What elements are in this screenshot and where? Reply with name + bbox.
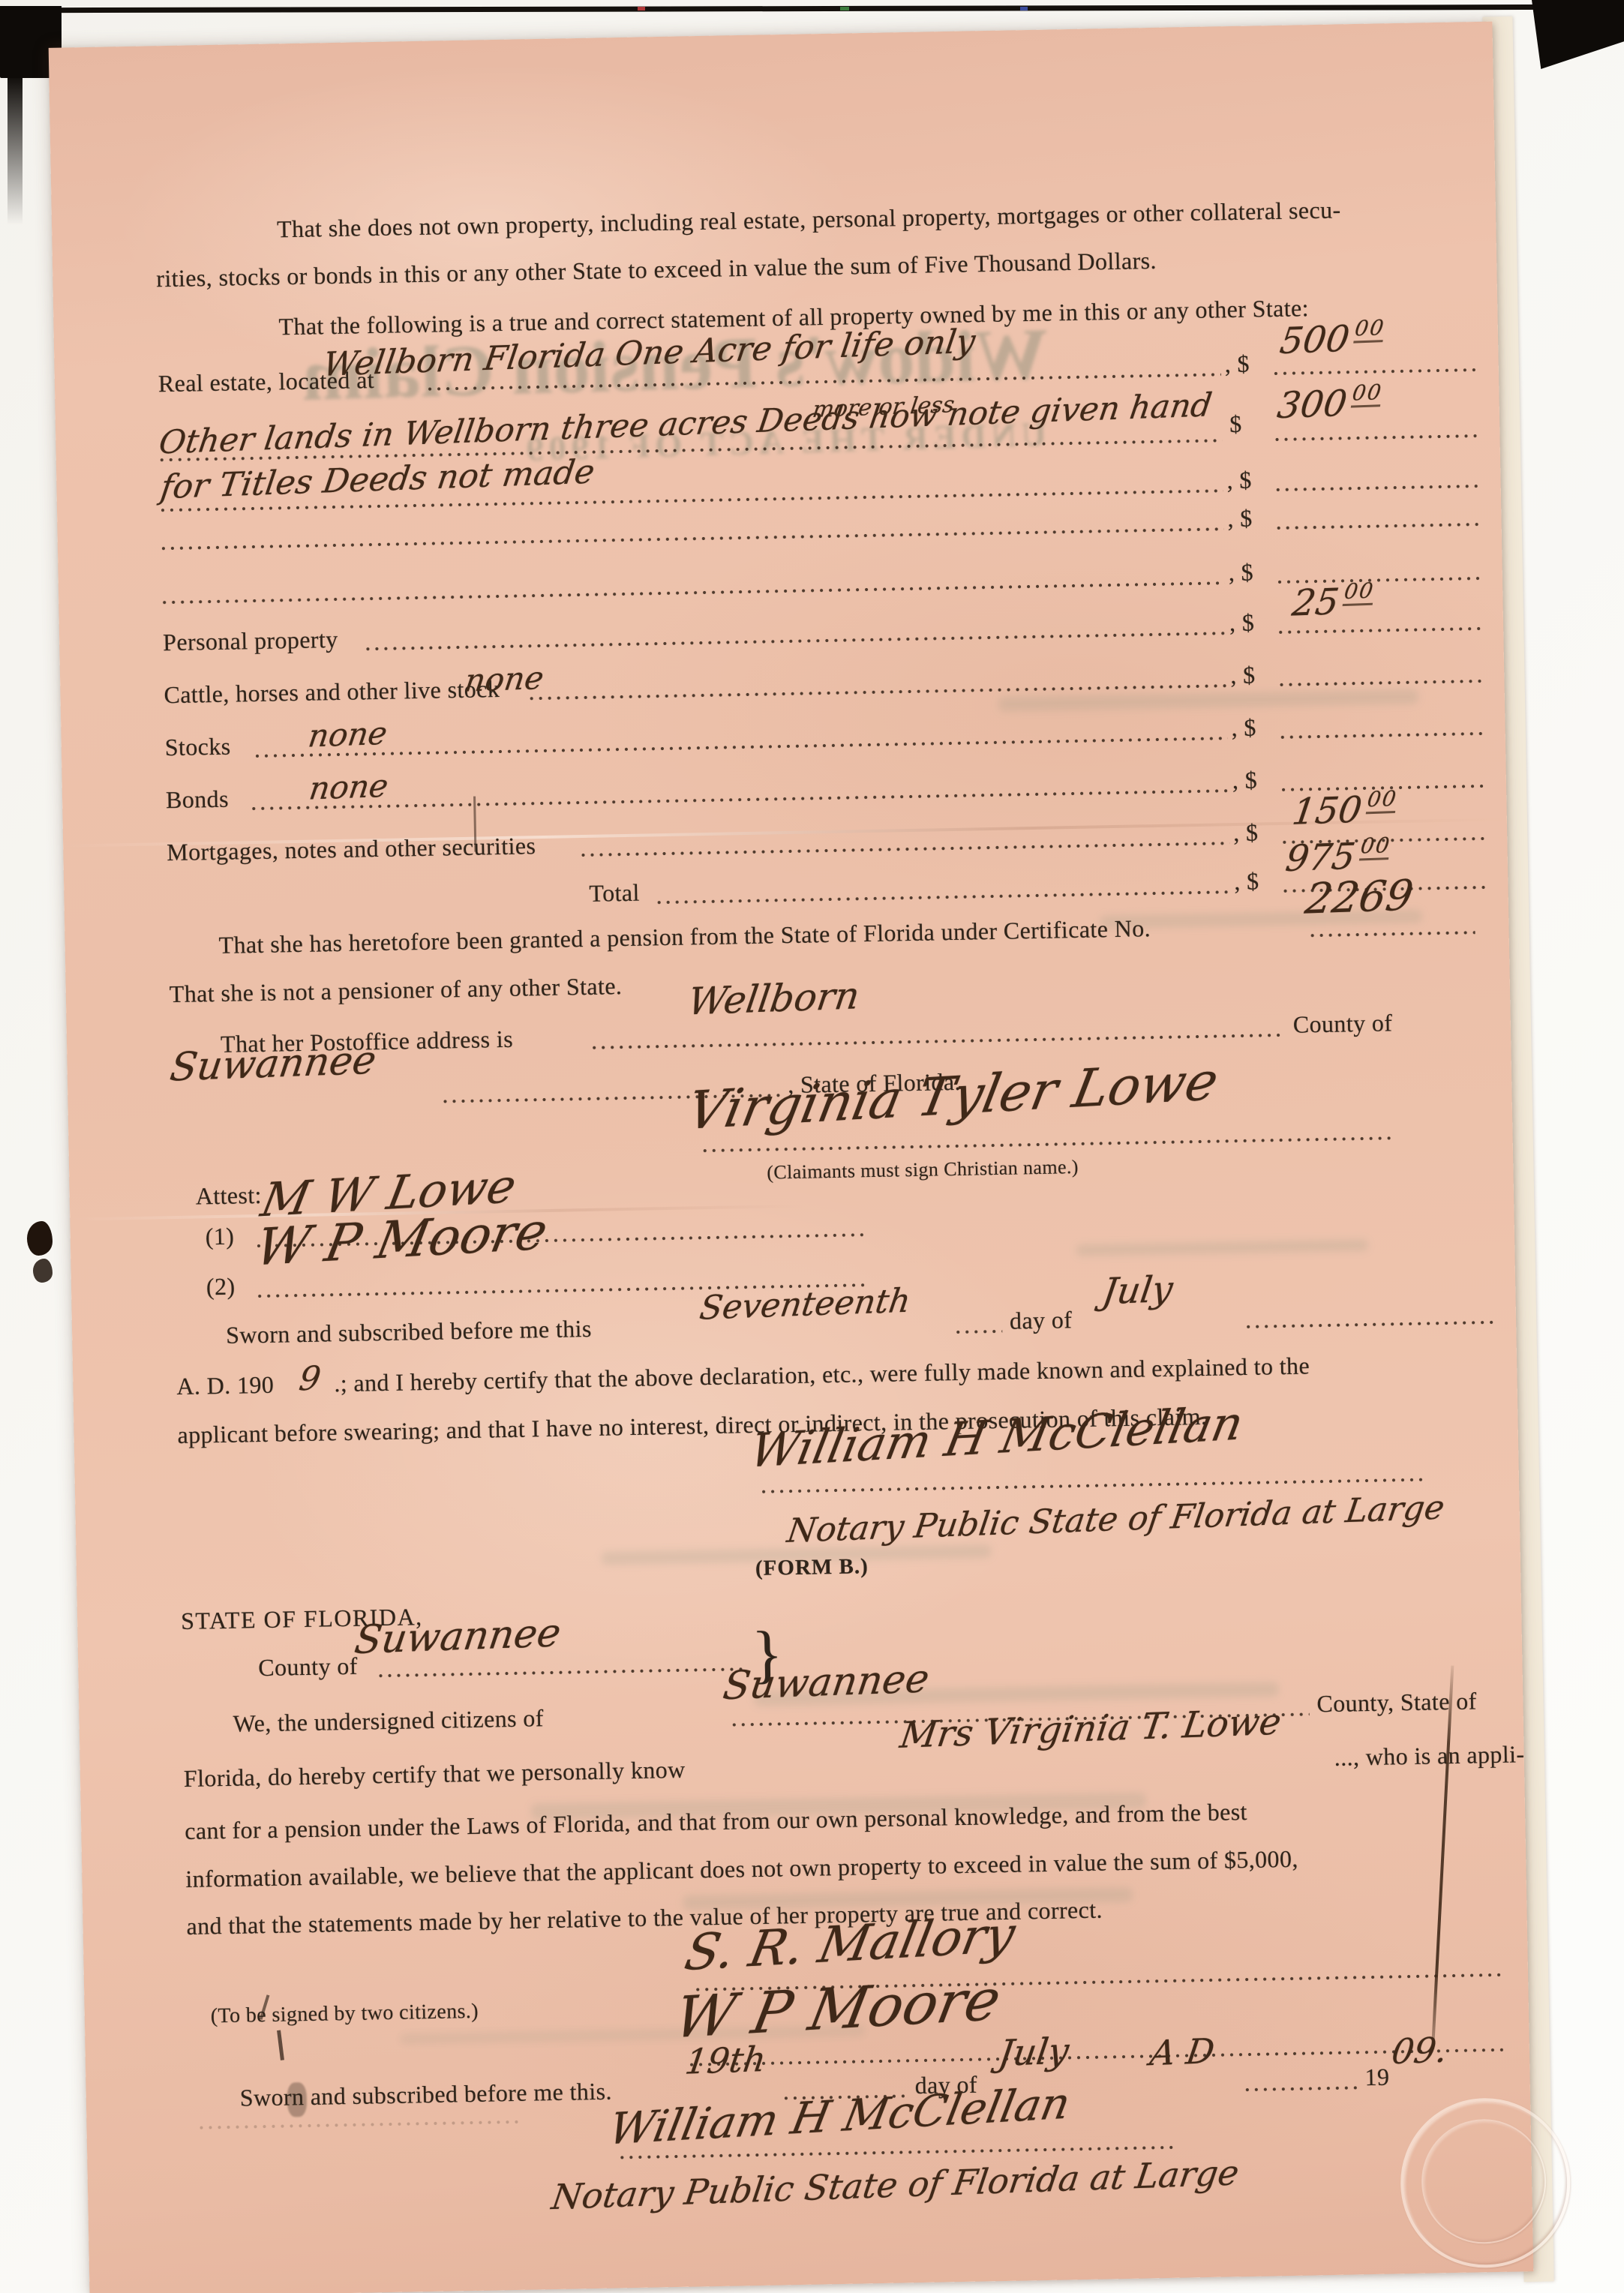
jurat2-year-handwriting: 09. <box>1389 2029 1450 2072</box>
amount-dots <box>1280 731 1483 740</box>
bonds-dollar: , $ <box>1232 767 1257 795</box>
amount-cents: 00 <box>1365 786 1399 815</box>
leader-dots <box>161 526 1224 551</box>
blank-row-dollar: , $ <box>1228 559 1253 587</box>
ghost-text-bar <box>1076 1239 1368 1256</box>
leader-dots <box>1246 1319 1493 1330</box>
leader-dots <box>365 630 1226 652</box>
stocks-label: Stocks <box>164 733 230 762</box>
county-handwriting: Suwannee <box>167 1038 379 1091</box>
row3-dollar: , $ <box>1226 467 1252 495</box>
leader-dots <box>251 788 1229 812</box>
row2-amount-handwriting: 30000 <box>1274 380 1384 427</box>
attest-1-number: (1) <box>205 1223 234 1251</box>
leader-dots <box>378 1666 746 1679</box>
stocks-entry-handwriting: none <box>306 715 389 755</box>
stocks-dollar: , $ <box>1231 714 1256 743</box>
row2-dollar: $ <box>1229 410 1242 438</box>
amount-cents: 00 <box>1343 578 1376 607</box>
jurat2-ad-handwriting: A D <box>1148 2030 1217 2073</box>
bonds-entry-handwriting: none <box>307 767 390 807</box>
postoffice-handwriting: Wellborn <box>686 974 863 1023</box>
leader-dots <box>592 1032 1282 1051</box>
citizens-caption: (To be signed by two citizens.) <box>211 2000 479 2029</box>
leader-dots <box>162 580 1225 605</box>
mortgages-amount-handwriting: 15000 <box>1289 786 1399 833</box>
amount-dots <box>1278 626 1481 635</box>
jurat1-day-handwriting: Seventeenth <box>698 1282 913 1328</box>
mortgages-label: Mortgages, notes and other securities <box>167 832 536 866</box>
statement-line-1: That she does not own property, includin… <box>277 196 1341 243</box>
scanner-corner-black-left-tail <box>8 75 23 225</box>
amount-dots <box>1277 521 1479 531</box>
bonds-label: Bonds <box>166 785 229 815</box>
no-other-state-line: That she is not a pensioner of any other… <box>169 972 622 1008</box>
leader-dots <box>255 735 1228 759</box>
ink-blot <box>27 1221 53 1256</box>
total-dollar: , $ <box>1234 868 1259 896</box>
certificate-dots <box>1310 929 1475 938</box>
notary1-title-handwriting: Notary Public State of Florida at Large <box>785 1488 1447 1550</box>
amount-dots <box>1279 678 1481 688</box>
jurat1-certify-line: .; and I hereby certify that the above d… <box>334 1352 1310 1397</box>
certificate-number-handwriting: 2269 <box>1302 871 1416 923</box>
formb-we-county-handwriting: Suwannee <box>720 1656 932 1709</box>
document-page: Widow's Pension Claim UNDER THE ACT OF 1… <box>49 22 1534 2293</box>
notary2-title-handwriting: Notary Public State of Florida at Large <box>549 2152 1241 2217</box>
formb-county-handwriting: Suwannee <box>352 1610 563 1663</box>
amount-dollars: 500 <box>1277 318 1352 362</box>
total-label: Total <box>589 879 640 908</box>
mortgages-dollar: , $ <box>1233 819 1259 848</box>
jurat1-day-of: day of <box>1010 1306 1073 1335</box>
jurat2-prefix: Sworn and subscribed before me this. <box>239 2078 612 2112</box>
amount-dots <box>1276 483 1478 493</box>
scanner-corner-black-right <box>1532 0 1624 69</box>
leader-dots <box>581 840 1229 858</box>
jurat1-ad-label: A. D. 190 <box>176 1371 274 1400</box>
jurat2-month-handwriting: July <box>996 2030 1072 2075</box>
personal-property-dollar: , $ <box>1229 609 1255 638</box>
county-of-label: County of <box>1292 1009 1392 1038</box>
claimant-signature: Virginia Tyler Lowe <box>683 1050 1223 1142</box>
amount-dollars: 150 <box>1289 789 1364 833</box>
formb-line4: information available, we believe that t… <box>185 1845 1298 1893</box>
signature-dots <box>703 1135 1393 1154</box>
form-b-heading: (FORM B.) <box>755 1554 869 1581</box>
cattle-label: Cattle, horses and other live stock <box>164 675 500 709</box>
scanner-edge-top-line <box>36 5 1624 13</box>
amount-dots <box>1274 433 1477 443</box>
jurat1-month-handwriting: July <box>1100 1268 1175 1313</box>
real-estate-amount-handwriting: 50000 <box>1277 315 1387 362</box>
formb-know-name-handwriting: Mrs Virginia T. Lowe <box>897 1701 1283 1757</box>
pen-stroke <box>1431 1665 1454 2049</box>
jurat2-day-handwriting: 19th <box>683 2039 769 2082</box>
real-estate-dollar: , $ <box>1224 350 1250 379</box>
ghost-text-bar <box>998 689 1418 712</box>
amount-cents: 00 <box>1350 380 1384 408</box>
personal-property-amount-handwriting: 2500 <box>1289 578 1376 625</box>
attest-label: Attest: <box>195 1181 262 1211</box>
ink-blot <box>33 1259 53 1283</box>
formb-county-label: County of <box>258 1652 358 1682</box>
leader-dots <box>657 889 1231 905</box>
personal-property-label: Personal property <box>163 626 338 656</box>
amount-dots <box>1274 367 1476 377</box>
amount-cents: 00 <box>1358 833 1392 861</box>
amount-dollars: 25 <box>1289 581 1341 624</box>
cattle-entry-handwriting: none <box>463 659 546 699</box>
signature-dots <box>761 1477 1425 1495</box>
jurat2-year-printed: 19 <box>1364 2063 1389 2092</box>
amount-cents: 00 <box>1353 315 1387 344</box>
claimant-caption: (Claimants must sign Christian name.) <box>767 1156 1079 1184</box>
formb-we-prefix: We, the undersigned citizens of <box>233 1704 544 1738</box>
leader-dots <box>1245 2084 1358 2093</box>
leader-dots <box>956 1328 1002 1335</box>
scanner-edge-noise <box>638 7 645 11</box>
formb-we-suffix: County, State of <box>1316 1687 1477 1718</box>
pension-granted-line: That she has heretofore been granted a p… <box>218 914 1151 959</box>
cattle-dollar: , $ <box>1230 662 1256 690</box>
ghost-dots <box>199 2119 521 2131</box>
blank-row-dollar: , $ <box>1227 505 1253 533</box>
formb-know-prefix: Florida, do hereby certify that we perso… <box>184 1756 686 1793</box>
scanner-edge-noise <box>1020 7 1028 11</box>
amount-dollars: 300 <box>1274 383 1349 427</box>
attest-2-number: (2) <box>206 1273 236 1301</box>
jurat1-prefix: Sworn and subscribed before me this <box>226 1315 592 1349</box>
statement-line-2: rities, stocks or bonds in this or any o… <box>156 247 1157 293</box>
notary2-signature: William H McClellan <box>605 2078 1074 2155</box>
scanner-edge-noise <box>840 7 849 11</box>
pen-mark <box>277 2030 284 2060</box>
formb-know-suffix: ..., who is an appli- <box>1334 1740 1524 1772</box>
jurat1-year-handwriting: 9 <box>297 1359 323 1398</box>
